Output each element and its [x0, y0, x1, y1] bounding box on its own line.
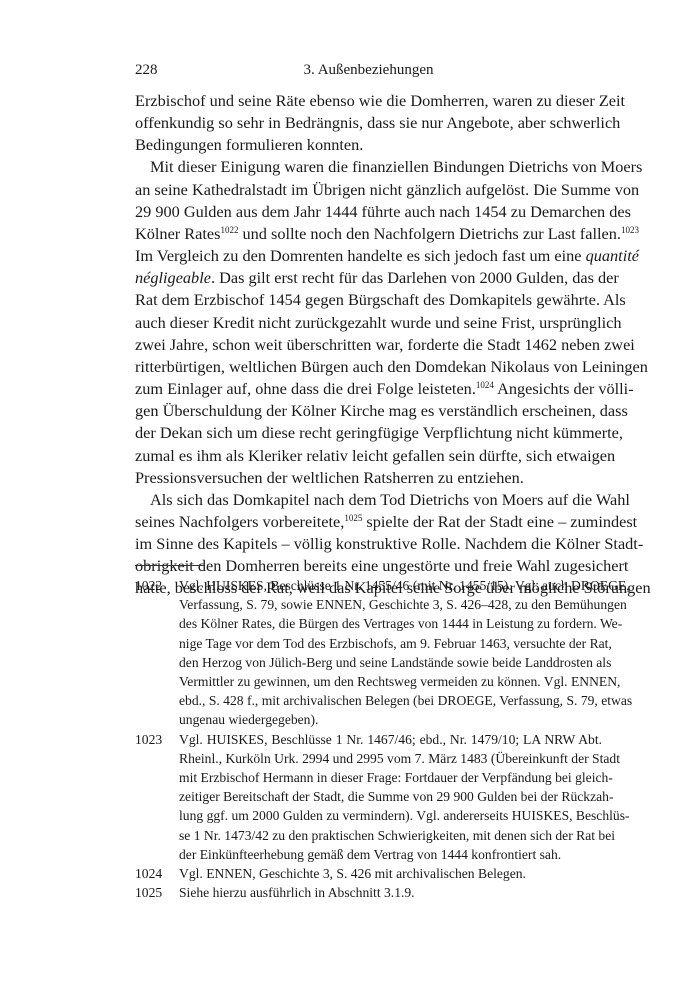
footnote-line: Verfassung, S. 79, sowie ENNEN, Geschich… — [179, 595, 602, 614]
footnote-line: Vgl. HUISKES, Beschlüsse 1 Nr. 1455/46 (… — [179, 576, 602, 595]
text-line: 29 900 Gulden aus dem Jahr 1444 führte a… — [135, 201, 602, 223]
text-line: zumal es ihm als Kleriker relativ leicht… — [135, 445, 602, 467]
footnote-ref-1022[interactable]: 1022 — [220, 225, 238, 235]
footnote-line: mit Erzbischof Hermann in dieser Frage: … — [179, 768, 602, 787]
text-line: zwei Jahre, schon weit überschritten war… — [135, 334, 602, 356]
text-line: Bedingungen formulieren konnten. — [135, 134, 602, 156]
text-line: im Sinne des Kapitels – völlig konstrukt… — [135, 533, 602, 555]
footnote-number: 1023 — [135, 730, 162, 749]
footnote-number: 1024 — [135, 864, 162, 883]
page-header: 228 3. Außenbeziehungen — [135, 62, 602, 82]
paragraph-1: Erzbischof und seine Räte ebenso wie die… — [135, 90, 602, 156]
text-line: obrigkeit den Domherren bereits eine ung… — [135, 555, 602, 577]
footnote-1022: 1022 Vgl. HUISKES, Beschlüsse 1 Nr. 1455… — [135, 576, 602, 730]
text-line: Pressionsversuchen der weltlichen Ratshe… — [135, 467, 602, 489]
footnote-1023: 1023 Vgl. HUISKES, Beschlüsse 1 Nr. 1467… — [135, 730, 602, 864]
text-line: Im Vergleich zu den Domrenten handelte e… — [135, 245, 602, 267]
footnote-1024: 1024 Vgl. ENNEN, Geschichte 3, S. 426 mi… — [135, 864, 602, 883]
footnote-line: Siehe hierzu ausführlich in Abschnitt 3.… — [179, 883, 602, 902]
paragraph-2: Mit dieser Einigung waren die finanziell… — [135, 156, 602, 488]
footnote-ref-1023[interactable]: 1023 — [621, 225, 639, 235]
text-line: auch dieser Kredit nicht zurückgezahlt w… — [135, 312, 602, 334]
text-line: Kölner Rates1022 und sollte noch den Nac… — [135, 223, 602, 245]
footnote-separator — [135, 565, 205, 566]
text-line: an seine Kathedralstadt im Übrigen nicht… — [135, 179, 602, 201]
footnote-line: ebd., S. 428 f., mit archivalischen Bele… — [179, 691, 602, 710]
footnote-line: se 1 Nr. 1473/42 zu den praktischen Schw… — [179, 826, 602, 845]
footnote-ref-1025[interactable]: 1025 — [344, 513, 362, 523]
text-line: ritterbürtigen, weltlichen Bürgen auch d… — [135, 356, 602, 378]
footnote-line: nige Tage vor dem Tod des Erzbischofs, a… — [179, 634, 602, 653]
text-line: seines Nachfolgers vorbereitete,1025 spi… — [135, 511, 602, 533]
footnote-line: des Kölner Rates, die Bürgen des Vertrag… — [179, 614, 602, 633]
text-line: Erzbischof und seine Räte ebenso wie die… — [135, 90, 602, 112]
footnote-line: lung ggf. um 2000 Gulden zu vermindern).… — [179, 806, 602, 825]
text-line: offenkundig so sehr in Bedrängnis, dass … — [135, 112, 602, 134]
footnote-number: 1022 — [135, 576, 162, 595]
footnote-ref-1024[interactable]: 1024 — [476, 380, 494, 390]
main-text: Erzbischof und seine Räte ebenso wie die… — [135, 90, 602, 600]
text-line: gen Überschuldung der Kölner Kirche mag … — [135, 400, 602, 422]
footnote-line: Vermittler zu gewinnen, um den Rechtsweg… — [179, 672, 602, 691]
book-page: 228 3. Außenbeziehungen Erzbischof und s… — [0, 0, 700, 988]
text-line: Als sich das Domkapitel nach dem Tod Die… — [135, 489, 602, 511]
footnotes: 1022 Vgl. HUISKES, Beschlüsse 1 Nr. 1455… — [135, 576, 602, 902]
footnote-line: Vgl. HUISKES, Beschlüsse 1 Nr. 1467/46; … — [179, 730, 602, 749]
footnote-line: ungenau wiedergegeben). — [179, 710, 602, 729]
text-line: négligeable. Das gilt erst recht für das… — [135, 267, 602, 289]
footnote-line: zeitiger Bereitschaft der Stadt, die Sum… — [179, 787, 602, 806]
footnote-line: Rheinl., Kurköln Urk. 2994 und 2995 vom … — [179, 749, 602, 768]
running-title: 3. Außenbeziehungen — [135, 62, 602, 79]
footnote-line: den Herzog von Jülich-Berg und seine Lan… — [179, 653, 602, 672]
text-line: der Dekan sich um diese recht geringfügi… — [135, 422, 602, 444]
text-line: Mit dieser Einigung waren die finanziell… — [135, 156, 602, 178]
text-line: zum Einlager auf, ohne dass die drei Fol… — [135, 378, 602, 400]
footnote-line: der Einkünfteerhebung gemäß dem Vertrag … — [179, 845, 602, 864]
footnote-number: 1025 — [135, 883, 162, 902]
footnote-line: Vgl. ENNEN, Geschichte 3, S. 426 mit arc… — [179, 864, 602, 883]
text-line: Rat dem Erzbischof 1454 gegen Bürgschaft… — [135, 289, 602, 311]
footnote-1025: 1025 Siehe hierzu ausführlich in Abschni… — [135, 883, 602, 902]
